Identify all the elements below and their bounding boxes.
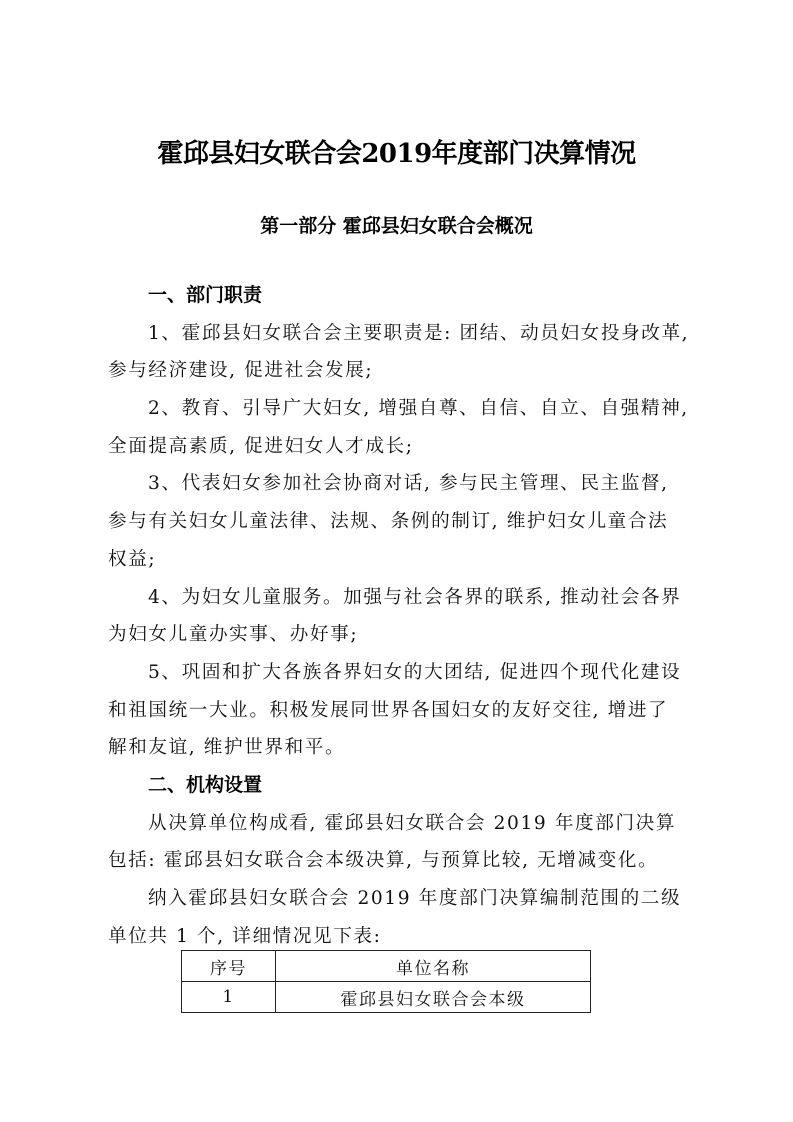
paragraph-line: 为妇女儿童办实事、办好事; <box>108 616 692 654</box>
duty-paragraph-5: 5、巩固和扩大各族各界妇女的大团结, 促进四个现代化建设 和祖国统一大业。积极发… <box>108 654 692 767</box>
section-heading-organization: 二、机构设置 <box>108 767 692 805</box>
organization-paragraph-1: 从决算单位构成看, 霍邱县妇女联合会 2019 年度部门决算 包括: 霍邱县妇女… <box>108 805 692 880</box>
duty-paragraph-4: 4、为妇女儿童服务。加强与社会各界的联系, 推动社会各界 为妇女儿童办实事、办好… <box>108 579 692 654</box>
paragraph-line: 和祖国统一大业。积极发展同世界各国妇女的友好交往, 增进了 <box>108 692 692 730</box>
paragraph-line: 从决算单位构成看, 霍邱县妇女联合会 2019 年度部门决算 <box>108 805 692 843</box>
table-row: 1 霍邱县妇女联合会本级 <box>182 982 591 1013</box>
organization-paragraph-2: 纳入霍邱县妇女联合会 2019 年度部门决算编制范围的二级 单位共 1 个, 详… <box>108 880 692 955</box>
paragraph-line: 解和友谊, 维护世界和平。 <box>108 729 692 767</box>
column-header-index: 序号 <box>182 951 276 982</box>
paragraph-line: 纳入霍邱县妇女联合会 2019 年度部门决算编制范围的二级 <box>108 880 692 918</box>
table-header-row: 序号 单位名称 <box>182 951 591 982</box>
paragraph-line: 权益; <box>108 541 692 579</box>
paragraph-line: 4、为妇女儿童服务。加强与社会各界的联系, 推动社会各界 <box>108 579 692 617</box>
paragraph-line: 3、代表妇女参加社会协商对话, 参与民主管理、民主监督, <box>108 465 692 503</box>
duty-paragraph-3: 3、代表妇女参加社会协商对话, 参与民主管理、民主监督, 参与有关妇女儿童法律、… <box>108 465 692 578</box>
duty-paragraph-1: 1、霍邱县妇女联合会主要职责是: 团结、动员妇女投身改革, 参与经济建设, 促进… <box>108 315 692 390</box>
document-body: 一、部门职责 1、霍邱县妇女联合会主要职责是: 团结、动员妇女投身改革, 参与经… <box>108 277 692 955</box>
units-table: 序号 单位名称 1 霍邱县妇女联合会本级 <box>181 950 591 1013</box>
paragraph-line: 全面提高素质, 促进妇女人才成长; <box>108 428 692 466</box>
paragraph-line: 2、教育、引导广大妇女, 增强自尊、自信、自立、自强精神, <box>108 390 692 428</box>
table-cell-unit-name: 霍邱县妇女联合会本级 <box>276 982 591 1013</box>
paragraph-line: 1、霍邱县妇女联合会主要职责是: 团结、动员妇女投身改革, <box>108 315 692 353</box>
column-header-unit-name: 单位名称 <box>276 951 591 982</box>
section-heading-department-duties: 一、部门职责 <box>108 277 692 315</box>
paragraph-line: 包括: 霍邱县妇女联合会本级决算, 与预算比较, 无增减变化。 <box>108 842 692 880</box>
page-title: 霍邱县妇女联合会2019年度部门决算情况 <box>0 136 793 172</box>
part-title: 第一部分 霍邱县妇女联合会概况 <box>0 211 793 241</box>
paragraph-line: 5、巩固和扩大各族各界妇女的大团结, 促进四个现代化建设 <box>108 654 692 692</box>
paragraph-line: 参与经济建设, 促进社会发展; <box>108 352 692 390</box>
table-cell-index: 1 <box>182 982 276 1013</box>
duty-paragraph-2: 2、教育、引导广大妇女, 增强自尊、自信、自立、自强精神, 全面提高素质, 促进… <box>108 390 692 465</box>
paragraph-line: 参与有关妇女儿童法律、法规、条例的制订, 维护妇女儿童合法 <box>108 503 692 541</box>
